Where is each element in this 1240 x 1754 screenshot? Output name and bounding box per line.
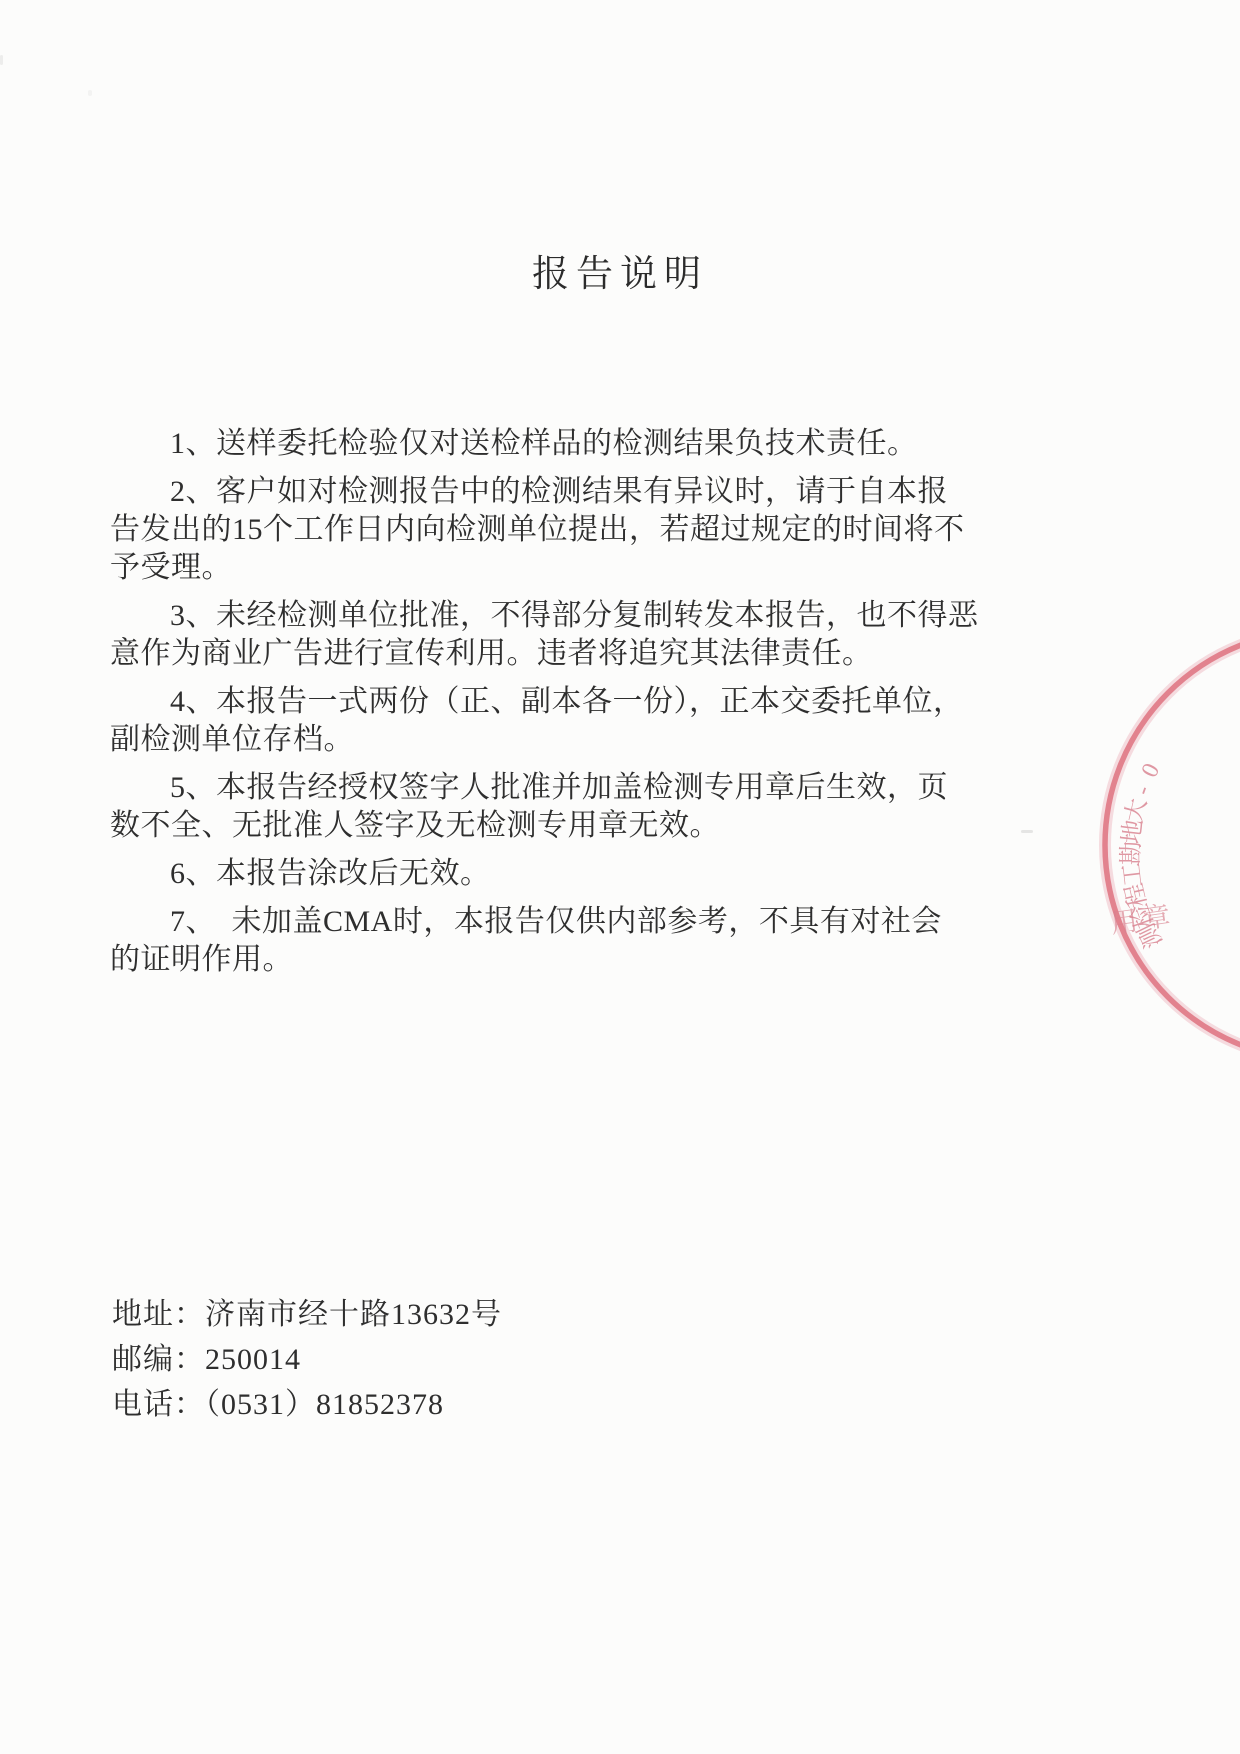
seal-char: 检 [1126,900,1159,932]
scan-smudge [88,90,92,96]
seal-bottom-text: 用章 [1109,900,1179,939]
seal-char: 地 [1118,818,1148,845]
seal-ring-halo [1105,630,1240,1060]
note-item-2: 2、客户如对检测报告中的检测结果有异议时，请于自本报 告发出的15个工作日内向检… [110,473,1005,587]
note-item-3: 3、未经检测单位批准，不得部分复制转发本报告，也不得恶 意作为商业广告进行宣传利… [110,597,1005,673]
scan-smudge [0,55,3,65]
report-notes-list: 1、送样委托检验仅对送检样品的检测结果负技术责任。 2、客户如对检测报告中的检测… [110,425,1005,979]
seal-ring-icon [1105,630,1240,1060]
note-item-5: 5、本报告经授权签字人批准并加盖检测专用章后生效，页 数不全、无批准人签字及无检… [110,769,1005,845]
seal-ring-text: 0 - 大 地 勘 工 程 检 测 [1118,759,1168,952]
seal-char: - [1129,782,1156,798]
scan-smudge [1021,830,1033,833]
contact-postal-code: 邮编：250014 [112,1337,502,1382]
seal-char: 工 [1119,861,1148,888]
seal-char: 0 [1137,759,1166,781]
seal-char: 勘 [1118,841,1145,865]
seal-char: 测 [1133,919,1168,952]
note-item-7: 7、 未加盖CMA时，本报告仅供内部参考，不具有对社会 的证明作用。 [110,903,1005,979]
red-seal-stamp: 0 - 大 地 勘 工 程 检 测 用章 [1100,645,1240,1045]
note-item-4: 4、本报告一式两份（正、副本各一份），正本交委托单位， 副检测单位存档。 [110,683,1005,759]
seal-char: 大 [1121,796,1153,825]
note-item-6: 6、本报告涂改后无效。 [110,855,1005,893]
seal-char: 程 [1121,881,1153,910]
contact-phone: 电话：（0531）81852378 [112,1382,502,1427]
contact-address: 地址：济南市经十路13632号 [112,1292,502,1337]
page-title: 报告说明 [0,0,1240,297]
contact-block: 地址：济南市经十路13632号 邮编：250014 电话：（0531）81852… [112,1292,502,1427]
report-notes-page: 报告说明 1、送样委托检验仅对送检样品的检测结果负技术责任。 2、客户如对检测报… [0,0,1240,1754]
note-item-1: 1、送样委托检验仅对送检样品的检测结果负技术责任。 [110,425,1005,463]
